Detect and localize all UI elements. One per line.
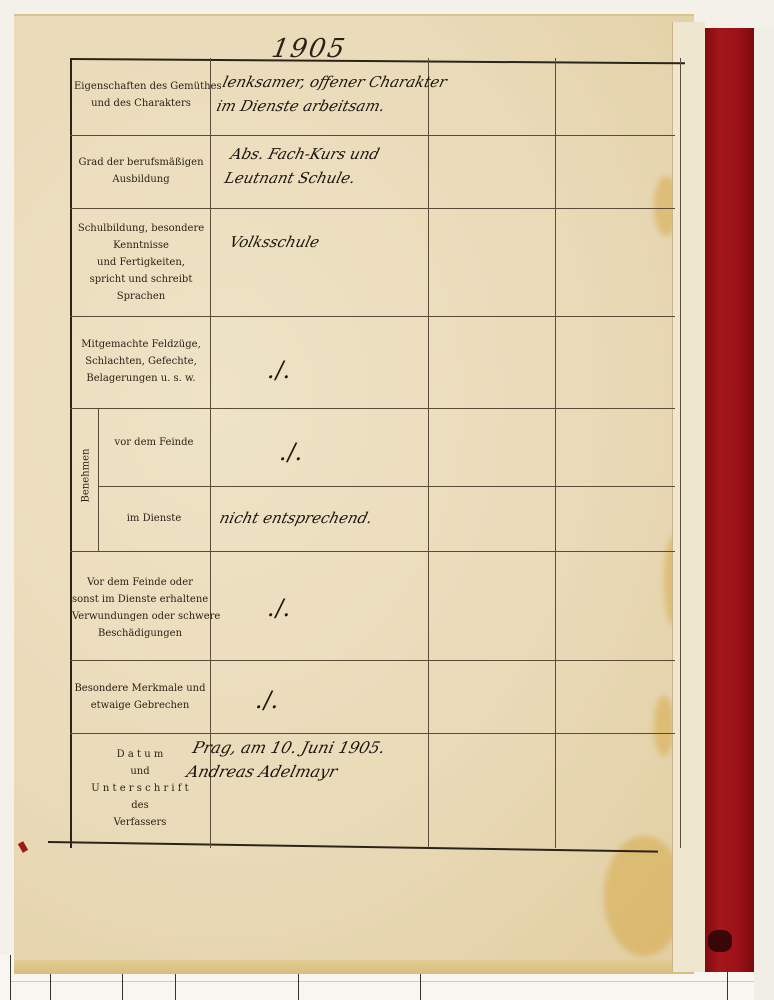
table-top-border [70,58,685,64]
handwritten-line: im Dienste arbeitsam. [214,94,444,118]
red-binding-strip [704,28,754,972]
label-line: Belagerungen u. s. w. [74,370,208,387]
label-character: Eigenschaften des Gemüthes und des Chara… [74,78,208,112]
handwritten-line: Prag, am 10. Juni 1905. [190,736,388,760]
label-wounds: Vor dem Feinde oder sonst im Dienste erh… [72,574,208,642]
row-divider [70,408,675,409]
entry-campaigns: ./. [266,356,294,384]
label-line: Verfassers [72,814,208,831]
label-line: Eigenschaften des Gemüthes [74,78,208,95]
label-line: sonst im Dienste erhaltene [72,591,208,608]
entry-training: Abs. Fach-Kurs und Leutnant Schule. [222,142,382,190]
label-features: Besondere Merkmale und etwaige Gebrechen [72,680,208,714]
entry-conduct-service: nicht entsprechend. [217,506,375,530]
handwritten-line: Leutnant Schule. [222,166,376,190]
label-line: Schulbildung, besondere [74,220,208,237]
label-signature: D a t u m und U n t e r s c h r i f t de… [72,746,208,831]
label-line: Kenntnisse [74,237,208,254]
label-line: Schlachten, Gefechte, [74,353,208,370]
label-line: Mitgemachte Feldzüge, [74,336,208,353]
label-line: und Fertigkeiten, [74,254,208,271]
label-line: Verwundungen oder schwere [72,608,208,625]
background-edge [754,28,774,1000]
label-conduct-service: im Dienste [100,510,208,527]
entry-education: Volksschule [227,230,322,254]
row-divider [70,733,675,734]
signature: Andreas Adelmayr [184,760,382,784]
row-divider [70,551,675,552]
label-line: Vor dem Feinde oder [72,574,208,591]
entry-features: ./. [254,686,282,714]
row-divider [70,660,675,661]
group-divider [98,408,99,551]
label-education: Schulbildung, besondere Kenntnisse und F… [74,220,208,305]
label-line: Ausbildung [74,171,208,188]
label-line: Beschädigungen [72,625,208,642]
label-line: Besondere Merkmale und [72,680,208,697]
row-divider [70,208,675,209]
row-divider [70,316,675,317]
label-line: und des Charakters [74,95,208,112]
label-line: Grad der berufsmäßigen [74,154,208,171]
label-line: des [72,797,208,814]
handwritten-line: Abs. Fach-Kurs und [228,142,382,166]
handwritten-line: Volksschule [227,230,322,254]
torn-bottom-edge [14,960,694,974]
table-left-border [70,58,72,848]
label-campaigns: Mitgemachte Feldzüge, Schlachten, Gefech… [74,336,208,387]
entry-wounds: ./. [266,594,294,622]
row-divider [70,135,675,136]
label-line: spricht und schreibt [74,271,208,288]
column-divider [210,58,211,848]
ledger-column-line [10,955,11,1000]
stain-mark [708,930,732,952]
label-line: Sprachen [74,288,208,305]
column-divider [428,58,429,848]
row-divider [98,486,675,487]
handwritten-line: lenksamer, offener Charakter [220,70,450,94]
column-divider [680,58,681,848]
label-conduct-enemy: vor dem Feinde [100,434,208,451]
qualification-form-table: Eigenschaften des Gemüthes und des Chara… [70,58,685,848]
entry-character: lenksamer, offener Charakter im Dienste … [214,70,450,118]
group-label-conduct: Benehmen [81,446,92,506]
entry-signature: Prag, am 10. Juni 1905. Andreas Adelmayr [184,736,388,784]
column-divider [555,58,556,848]
entry-conduct-enemy: ./. [278,438,306,466]
label-line: D a t u m [72,746,208,763]
label-line: etwaige Gebrechen [72,697,208,714]
label-training: Grad der berufsmäßigen Ausbildung [74,154,208,188]
